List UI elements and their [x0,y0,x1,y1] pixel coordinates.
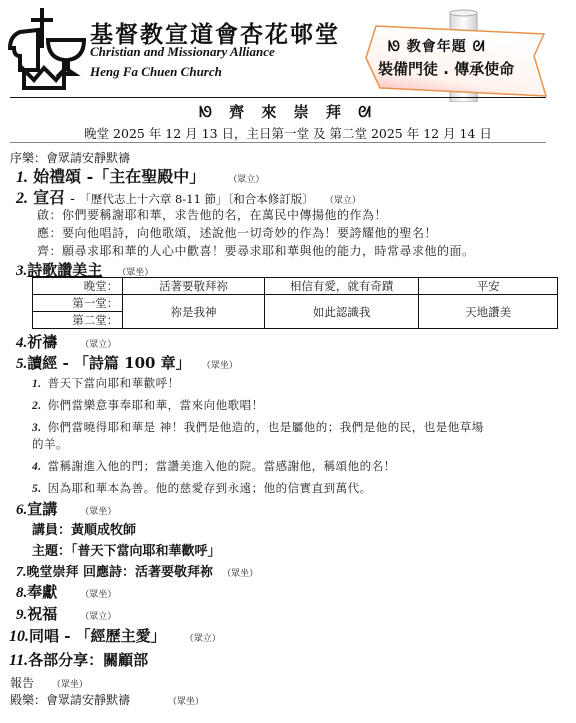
order-item-8: 8.奉獻 （眾坐） [16,581,116,602]
scripture-verse-2: 2.你們當樂意事奉耶和華，當來向他歌唱！ [32,397,264,413]
postlude: 殿樂：會眾請安靜默禱 （眾坐） [10,691,204,708]
row-label-first-service: 第一堂： [33,295,123,312]
order-item-5: 5.讀經 - 「詩篇 100 章」 （眾坐） [16,352,238,373]
call-response-all: 齊：願尋求耶和華的人心中歡喜！要尋求耶和華與他的能力，時常尋求他的面。 [37,242,475,259]
ornament-left-icon: ᘚ [199,103,218,121]
ornament-left-icon: ᘚ [388,39,401,55]
hymn-cell: 祢是我神 [123,295,265,329]
hymn-cell: 平安 [419,278,558,295]
church-name-english-line1: Christian and Missionary Alliance [90,44,275,60]
order-item-4: 4.祈禱 （眾立） [16,331,116,352]
sermon-topic: 主題：「普天下當向耶和華歡呼」 [32,540,221,559]
date-divider [10,142,546,143]
church-name-english-line2: Heng Fa Chuen Church [90,64,222,80]
ornament-right-icon: ᘛ [473,39,486,55]
row-label-evening: 晚堂： [33,278,123,295]
sermon-speaker: 講員：黃順成牧師 [32,519,136,538]
table-row: 第一堂： 祢是我神 如此認識我 天地讚美 [33,295,558,312]
hymn-table: 晚堂： 活著要敬拜祢 相信有愛，就有奇蹟 平安 第一堂： 祢是我神 如此認識我 … [32,277,558,329]
scripture-verse-5: 5.因為耶和華本為善。他的慈愛存到永遠；他的信實直到萬代。 [32,480,372,496]
hymn-cell: 活著要敬拜祢 [123,278,265,295]
call-response-leader: 啟：你們要稱謝耶和華，求告他的名，在萬民中傳揚他的作為！ [37,206,387,223]
ornament-right-icon: ᘛ [358,103,377,121]
service-title: ᘚ 齊 來 崇 拜 ᘛ [0,101,576,122]
hymn-cell: 天地讚美 [419,295,558,329]
church-logo-icon [6,8,88,90]
scripture-verse-3-cont: 的羊。 [32,436,68,452]
order-item-9: 9.祝福 （眾立） [16,603,116,624]
order-item-2: 2. 宣召 - 「歷代志上十六章 8-11 節」〔和合本修訂版〕 （眾立） [16,185,361,208]
order-item-10: 10.同唱 - 「經歷主愛」 （眾立） [9,625,221,646]
header-divider [10,97,546,98]
hymn-cell: 如此認識我 [264,295,419,329]
annual-theme-text: 裝備門徒 . 傳承使命 [378,58,514,79]
scripture-verse-1: 1.普天下當向耶和華歡呼！ [32,375,180,391]
service-date: 晚堂 2025 年 12 月 13 日，主日第一堂 及 第二堂 2025 年 1… [0,124,576,142]
scripture-verse-3: 3.你們當曉得耶和華是 神！我們是他造的，也是屬他的；我們是他的民，也是他草場 [32,419,484,435]
order-item-7: 7.晚堂崇拜 回應詩：活著要敬拜祢 （眾坐） [16,561,258,581]
order-item-11: 11.各部分享：關顧部 [9,649,148,670]
order-item-6: 6.宣講 （眾坐） [16,498,116,519]
table-row: 晚堂： 活著要敬拜祢 相信有愛，就有奇蹟 平安 [33,278,558,295]
call-response-congregation: 應：要向他唱詩，向他歌頌，述說他一切奇妙的作為！要誇耀他的聖名！ [37,224,437,241]
row-label-second-service: 第二堂： [33,312,123,329]
order-item-1: 1. 始禮頌 -「主在聖殿中」 （眾立） [16,164,264,187]
scripture-verse-4: 4.當稱謝進入他的門；當讚美進入他的院。當感謝他，稱頌他的名！ [32,458,396,474]
annual-theme-label: ᘚ 教會年題 ᘛ [388,36,486,56]
hymn-cell: 相信有愛，就有奇蹟 [264,278,419,295]
announcements: 報告 （眾坐） [10,674,88,691]
